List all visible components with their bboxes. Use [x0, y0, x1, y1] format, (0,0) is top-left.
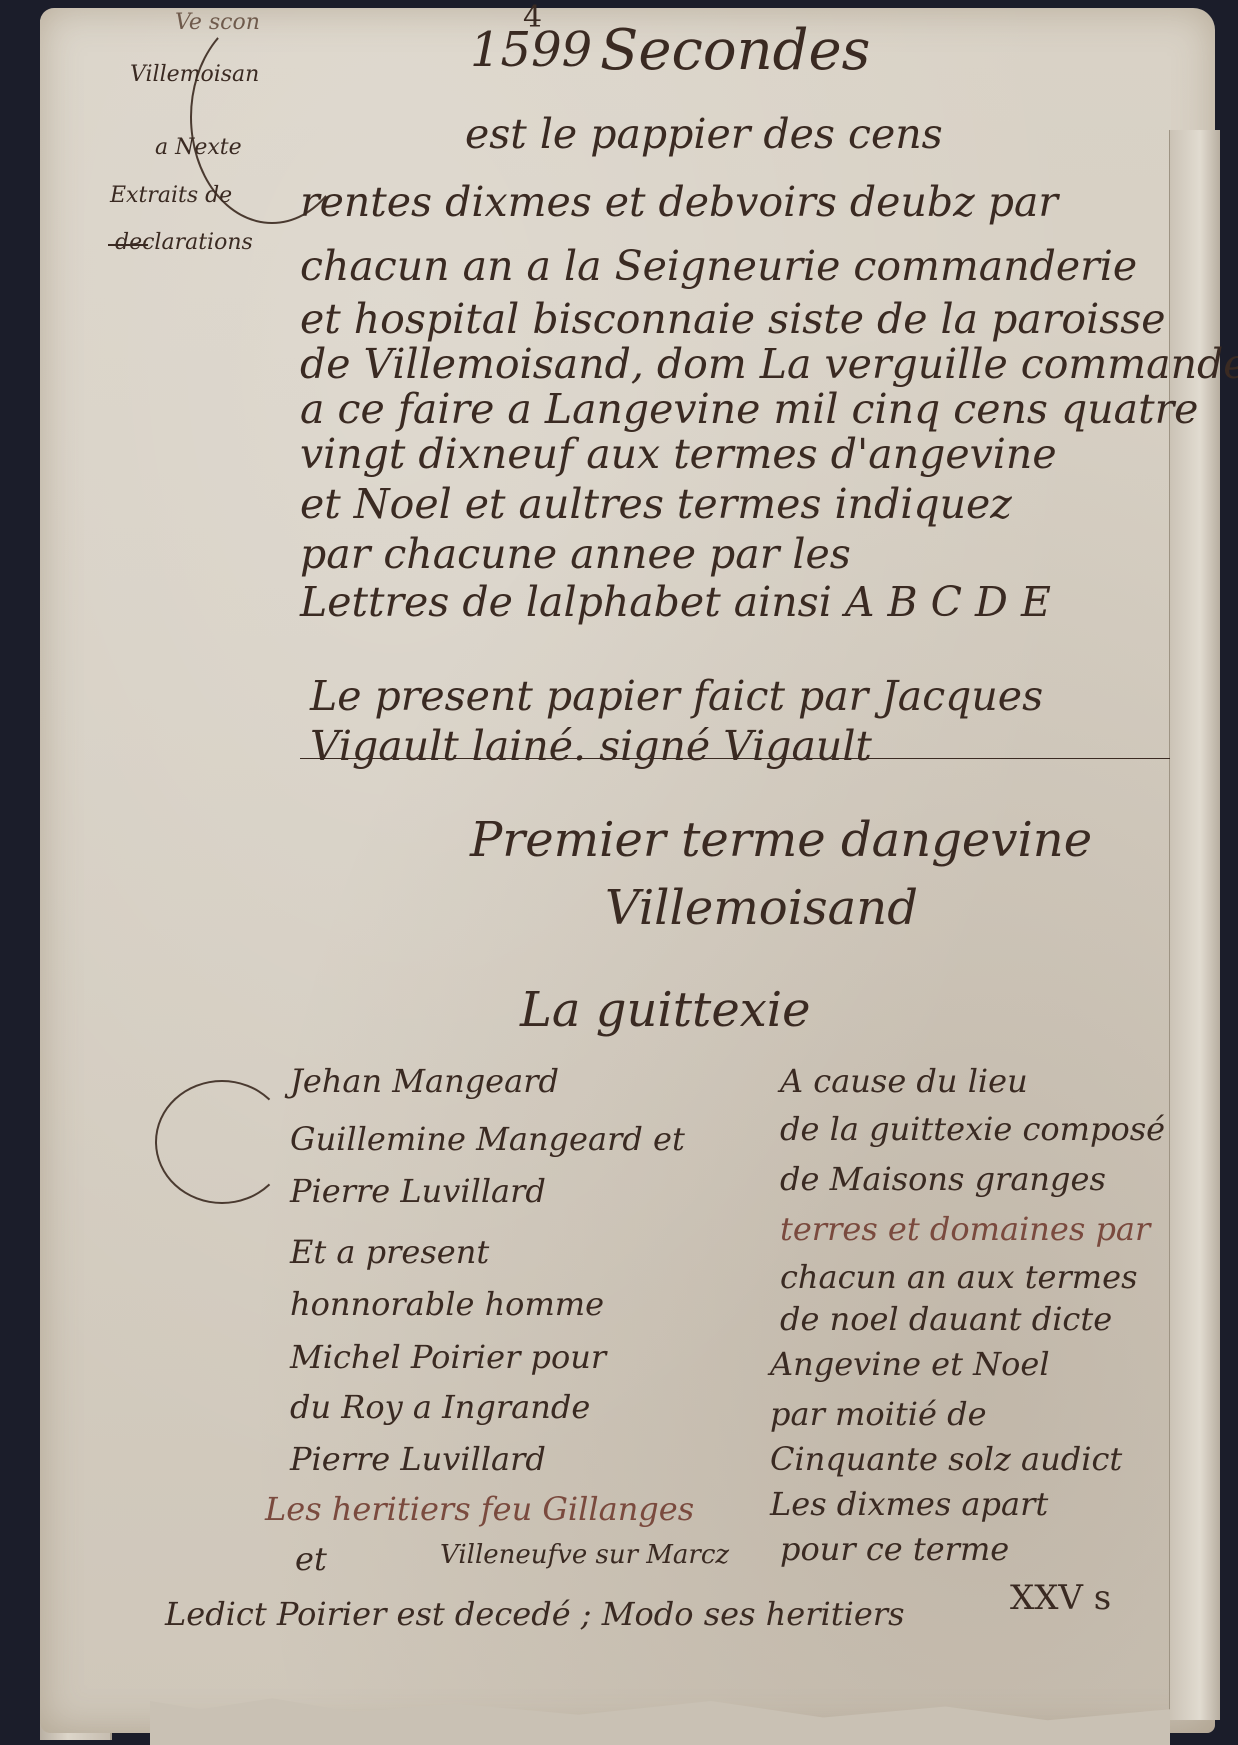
main-text-line: vingt dixneuf aux termes d'angevine: [300, 430, 1057, 478]
entry-left: Pierre Luvillard: [290, 1440, 546, 1478]
rule-line: [300, 758, 1170, 759]
entry-left: Les heritiers feu Gillanges: [265, 1490, 694, 1528]
strike-mark: [108, 244, 148, 246]
entry-left: honnorable homme: [290, 1285, 604, 1323]
entry-left: et: [295, 1540, 327, 1578]
entry-left: Jehan Mangeard: [290, 1062, 559, 1100]
entry-right: terres et domaines par: [780, 1210, 1150, 1248]
entry-right: Les dixmes apart: [770, 1485, 1048, 1523]
main-text-line: et Noel et aultres termes indiquez: [300, 480, 1012, 528]
entry-right: de la guittexie composé: [780, 1110, 1165, 1148]
entry-left: Pierre Luvillard: [290, 1172, 546, 1210]
entry-right: A cause du lieu: [780, 1062, 1028, 1100]
entry-right: de Maisons granges: [780, 1160, 1106, 1198]
margin-note: Villemoisan: [130, 62, 259, 87]
entry-right: pour ce terme: [780, 1530, 1009, 1568]
main-text-line: de Villemoisand, dom La verguille comman…: [300, 340, 1238, 388]
main-text-line: Lettres de lalphabet ainsi A B C D E: [300, 578, 1051, 626]
margin-note: declarations: [115, 230, 253, 255]
entry-right: de noel dauant dicte: [780, 1300, 1112, 1338]
section-place-heading: La guittexie: [520, 982, 811, 1038]
margin-note: Extraits de: [110, 183, 232, 208]
margin-note: Ve scon: [175, 10, 260, 35]
main-text-line: et hospital bisconnaie siste de la paroi…: [300, 295, 1166, 343]
margin-note: a Nexte: [155, 135, 242, 160]
entry-left: Et a present: [290, 1233, 489, 1271]
entry-left: Michel Poirier pour: [290, 1338, 606, 1376]
entry-right: par moitié de: [770, 1395, 987, 1433]
entry-right: chacun an aux termes: [780, 1258, 1137, 1296]
entry-left: Guillemine Mangeard et: [290, 1120, 685, 1158]
document-title: Secondes: [600, 18, 870, 83]
entry-left: du Roy a Ingrande: [290, 1388, 590, 1426]
amount-total: XXV s: [1010, 1578, 1111, 1618]
brace-flourish-icon: [155, 1080, 289, 1204]
attestation-line: Le present papier faict par Jacques: [310, 672, 1043, 720]
document-year: 1599: [470, 22, 592, 78]
main-text-line: rentes dixmes et debvoirs deubz par: [300, 178, 1058, 226]
section-parish-heading: Villemoisand: [605, 880, 918, 936]
entry-right: Angevine et Noel: [770, 1345, 1050, 1383]
attestation-line: Vigault lainé. signé Vigault: [310, 722, 872, 770]
main-text-line: a ce faire a Langevine mil cinq cens qua…: [300, 385, 1198, 433]
entry-left: Villeneufve sur Marcz: [440, 1540, 729, 1570]
main-text-line: par chacune annee par les: [300, 530, 851, 578]
main-text-line: est le pappier des cens: [465, 110, 943, 158]
footer-note: Ledict Poirier est decedé ; Modo ses her…: [165, 1595, 904, 1633]
main-text-line: chacun an a la Seigneurie commanderie: [300, 242, 1137, 290]
section-term-heading: Premier terme dangevine: [470, 812, 1092, 868]
entry-right: Cinquante solz audict: [770, 1440, 1122, 1478]
